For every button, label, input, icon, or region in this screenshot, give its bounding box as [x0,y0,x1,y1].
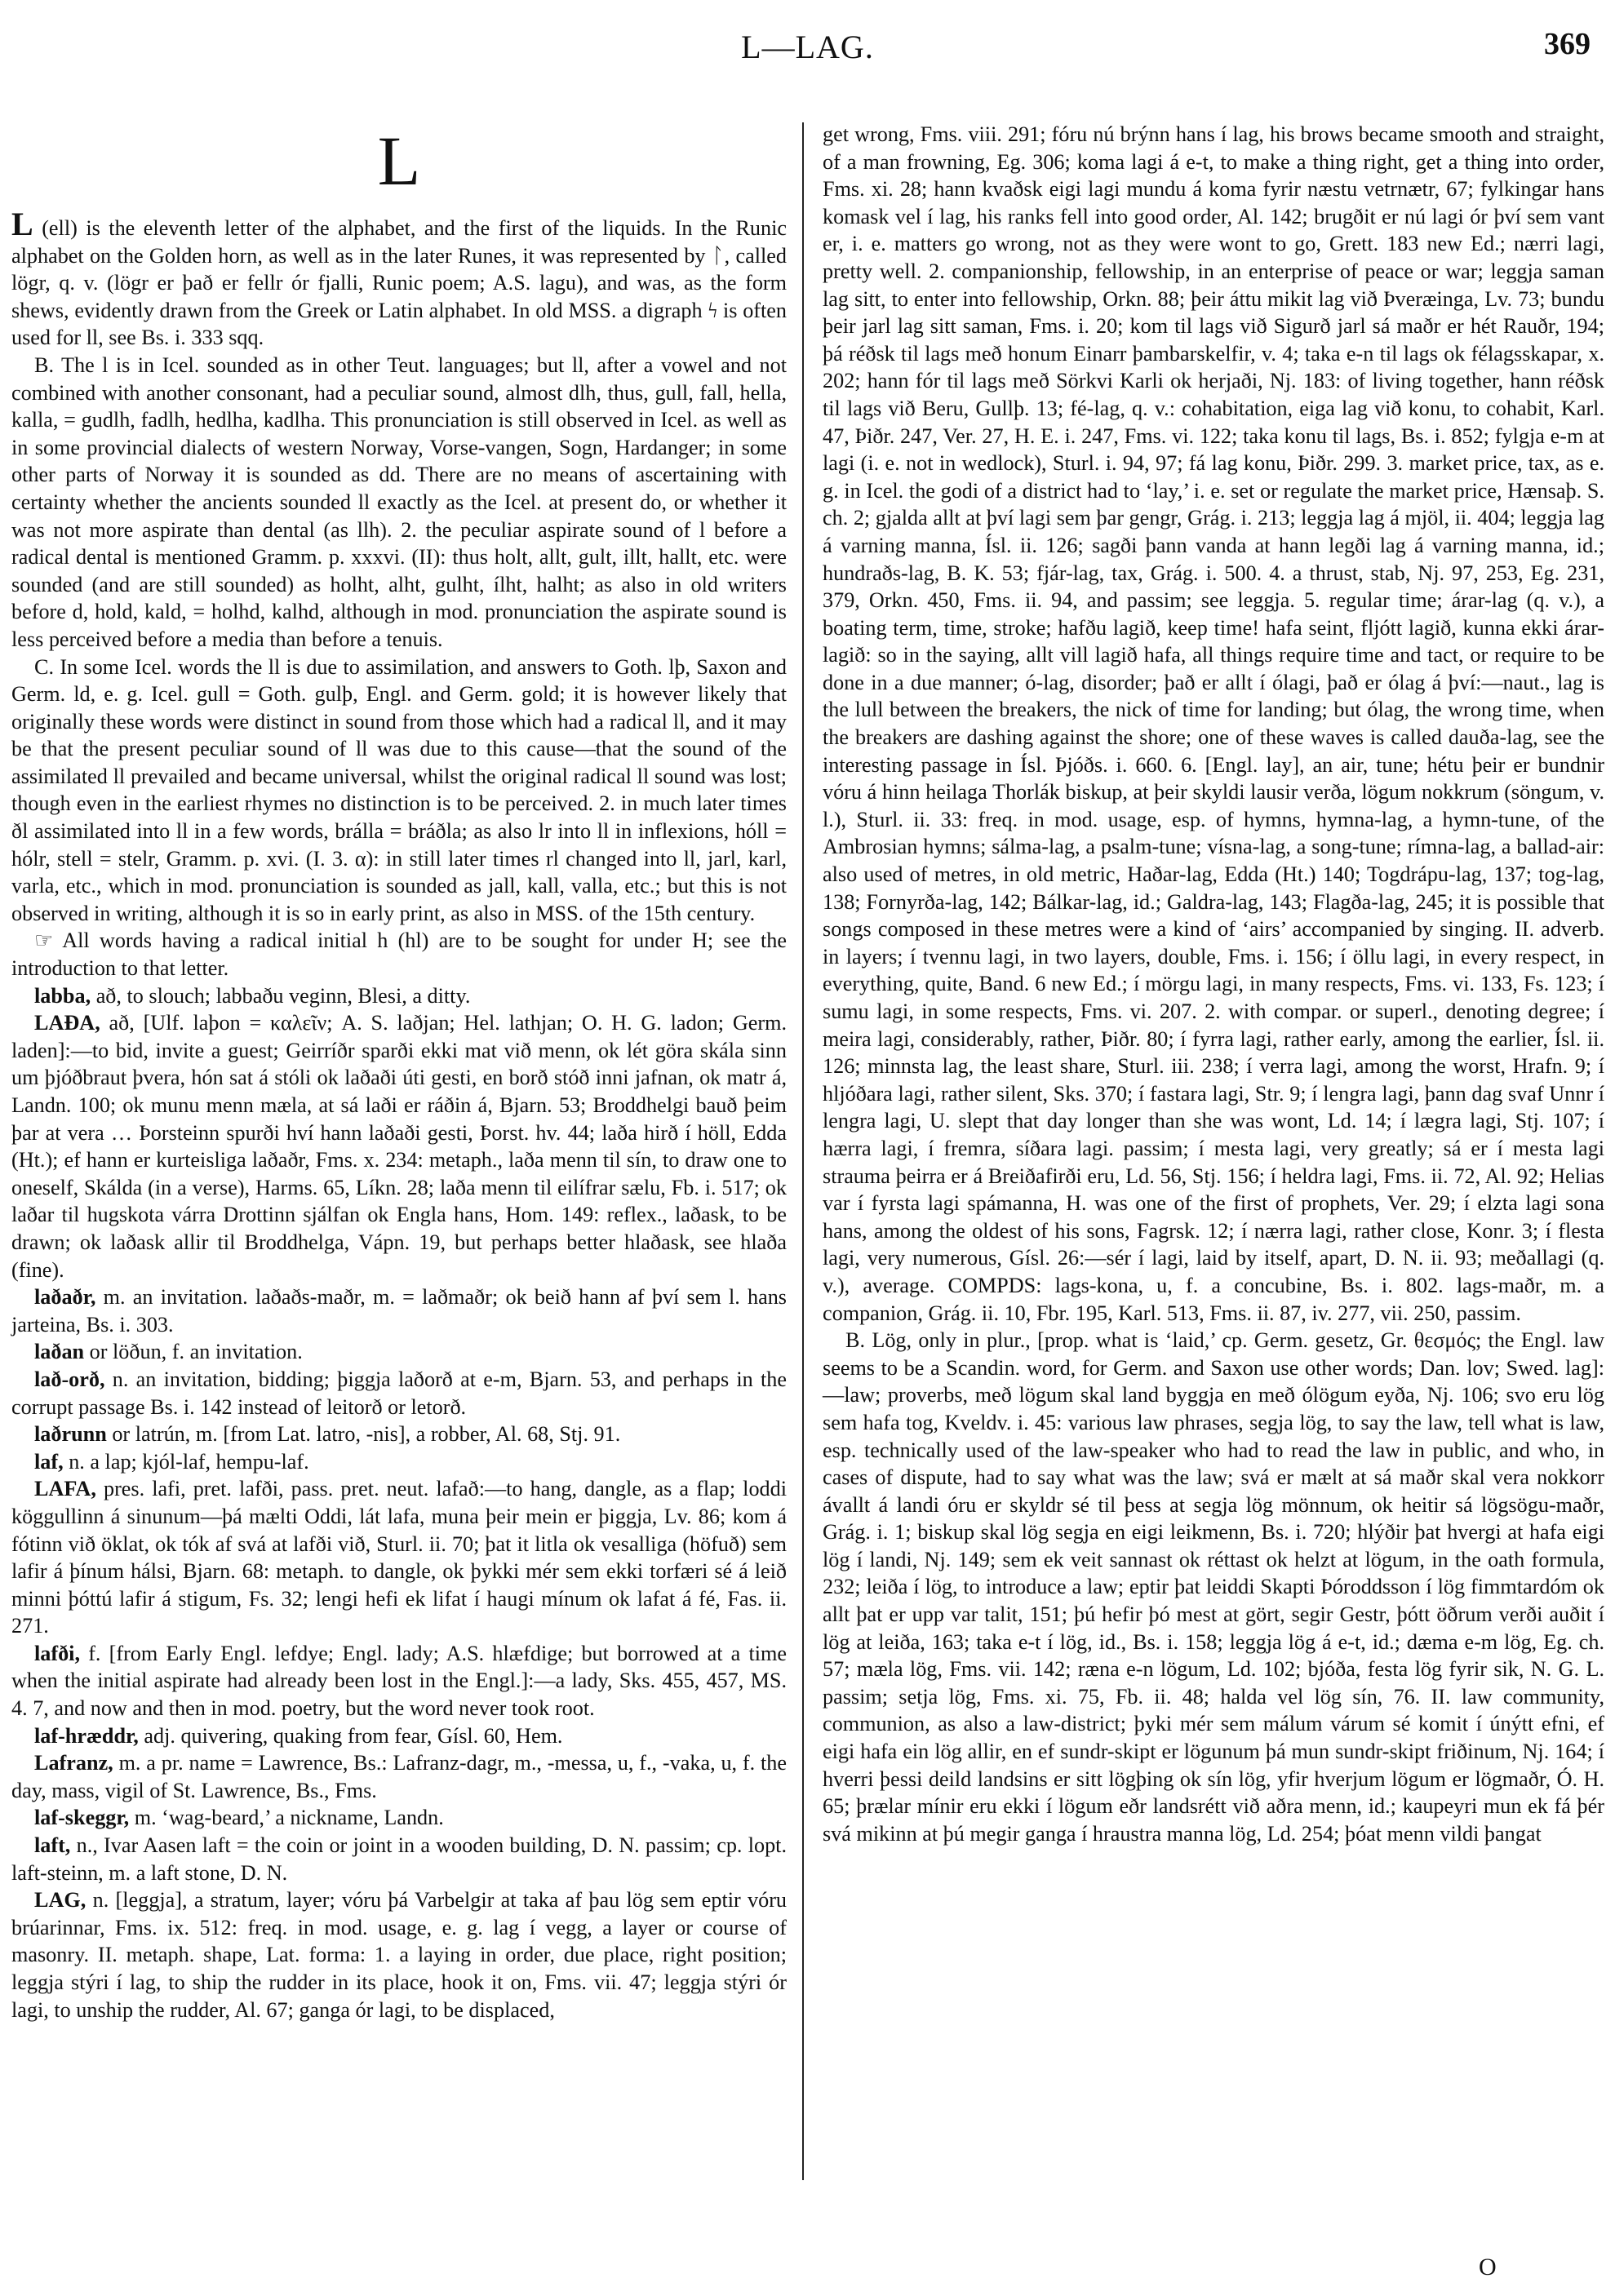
entry-ladrunn: laðrunn or latrún, m. [from Lat. latro, … [11,1421,787,1448]
headword: laf-skeggr, [34,1806,129,1829]
section-c-paragraph: C. In some Icel. words the ll is due to … [11,654,787,928]
entry-ladan: laðan or löðun, f. an invitation. [11,1338,787,1366]
entry-lafdi: lafði, f. [from Early Engl. lefdye; Engl… [11,1640,787,1722]
lag-continuation-paragraph: get wrong, Fms. viii. 291; fóru nú brýnn… [823,121,1604,1327]
entry-ladadr: laðaðr, m. an invitation. laðaðs-maðr, m… [11,1283,787,1338]
section-b-paragraph: B. The l is in Icel. sounded as in other… [11,352,787,654]
headword: Lafranz, [34,1751,113,1775]
headword: LAÐA, [34,1011,100,1035]
headword: laðrunn [34,1422,107,1446]
intro-paragraph: L (ell) is the eleventh letter of the al… [11,211,787,352]
note-paragraph: ☞ All words having a radical initial h (… [11,927,787,982]
headword: laðan [34,1340,84,1363]
entry-lafranz: Lafranz, m. a pr. name = Lawrence, Bs.: … [11,1749,787,1804]
headword: laf, [34,1450,64,1474]
entry-laf-skeggr: laf-skeggr, m. ‘wag-beard,’ a nickname, … [11,1804,787,1832]
headword: lafði, [34,1642,80,1665]
left-column: L L (ell) is the eleventh letter of the … [11,114,787,2023]
column-divider [802,122,804,2180]
page-header: L—LAG. 369 [0,23,1615,72]
headword: labba, [34,984,91,1008]
right-column: get wrong, Fms. viii. 291; fóru nú brýnn… [823,121,1604,1847]
drop-cap: L [11,206,33,242]
entry-laf-hraeddr: laf-hræddr, adj. quivering, quaking from… [11,1722,787,1750]
entry-lada: LAÐA, að, [Ulf. laþon = καλεῖν; A. S. la… [11,1009,787,1283]
entry-lad-ord: lað-orð, n. an invitation, bidding; þigg… [11,1366,787,1421]
running-title: L—LAG. [0,28,1615,66]
entry-lafa: LAFA, pres. lafi, pret. lafði, pass. pre… [11,1475,787,1640]
signature-mark: O [1479,2254,1497,2281]
headword: laft, [34,1833,70,1857]
headword: LAG, [34,1888,86,1912]
entry-laft: laft, n., Ivar Aasen laft = the coin or … [11,1832,787,1886]
headword: LAFA, [34,1477,96,1500]
headword: lað-orð, [34,1367,105,1391]
headword: laðaðr, [34,1285,95,1309]
entry-lag: LAG, n. [leggja], a stratum, layer; vóru… [11,1886,787,2023]
page-number: 369 [1544,26,1591,62]
log-section-paragraph: B. Lög, only in plur., [prop. what is ‘l… [823,1327,1604,1847]
section-letter: L [11,114,787,196]
entry-labba: labba, að, to slouch; labbaðu veginn, Bl… [11,982,787,1010]
headword: laf-hræddr, [34,1724,139,1748]
entry-laf: laf, n. a lap; kjól-laf, hempu-laf. [11,1448,787,1476]
